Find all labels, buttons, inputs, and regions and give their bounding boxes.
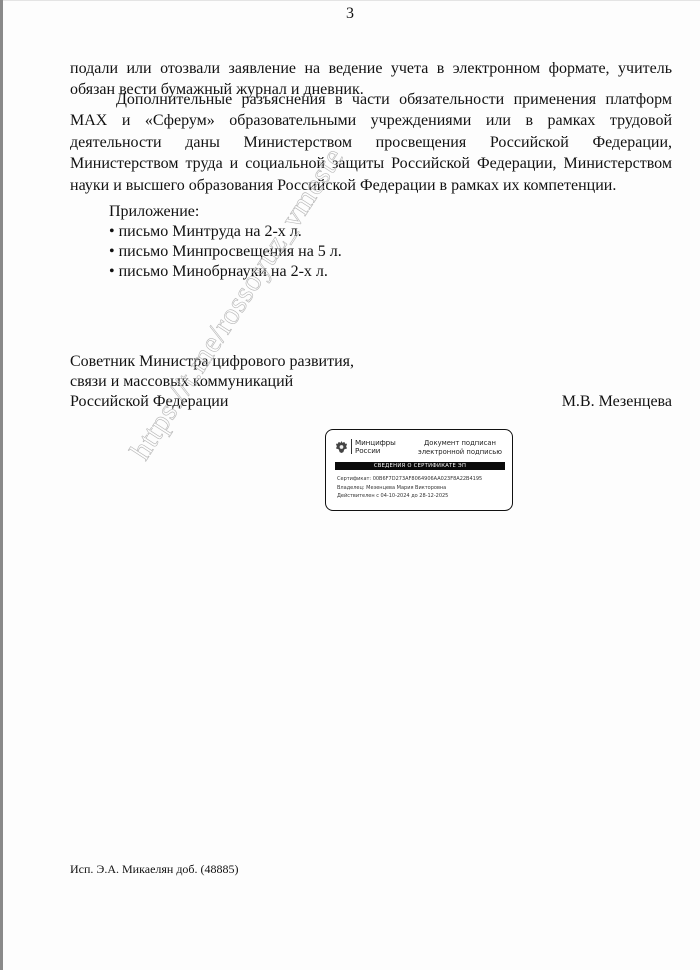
electronic-signature-stamp: Минцифры России Документ подписан электр… [325, 429, 513, 511]
certificate-number: Сертификат: 00B6F7D273AF8064906AA023F8A2… [337, 475, 482, 484]
stamp-title: Документ подписан электронной подписью [410, 439, 510, 456]
page-number: 3 [0, 5, 700, 23]
paragraph-2: Дополнительные разъяснения в части обяза… [70, 89, 672, 196]
signer-name: М.В. Мезенцева [562, 392, 672, 412]
paragraph-2-line: науки и высшего образования Российской Ф… [70, 175, 672, 196]
logo-text: Минцифры России [355, 439, 396, 454]
ministry-logo: Минцифры России [335, 439, 396, 454]
certificate-details: Сертификат: 00B6F7D273AF8064906AA023F8A2… [337, 475, 482, 501]
attachment-item: • письмо Минтруда на 2-х л. [109, 222, 342, 242]
page-top-edge [0, 0, 700, 1]
certificate-owner: Владелец: Мезенцева Мария Викторовна [337, 484, 482, 493]
paragraph-2-line: деятельности даны Министерством просвеще… [70, 132, 672, 153]
logo-line-2: России [355, 447, 396, 455]
attachments-title: Приложение: [109, 202, 342, 222]
executor-note: Исп. Э.А. Микаелян доб. (48885) [70, 862, 239, 877]
attachments-list: Приложение: • письмо Минтруда на 2-х л. … [109, 202, 342, 282]
attachment-item: • письмо Минпросвещения на 5 л. [109, 242, 342, 262]
viewer-left-edge [0, 0, 3, 970]
certificate-banner: СВЕДЕНИЯ О СЕРТИФИКАТЕ ЭП [335, 462, 505, 470]
paragraph-2-line: МАХ и «Сферум» образовательными учрежден… [70, 110, 672, 131]
paragraph-2-line: Дополнительные разъяснения в части обяза… [70, 89, 672, 110]
signer-position-line: связи и массовых коммуникаций [70, 372, 672, 392]
eagle-emblem-icon [335, 440, 348, 454]
stamp-title-line-1: Документ подписан [410, 439, 510, 448]
signer-position-line: Советник Министра цифрового развития, [70, 352, 672, 372]
paragraph-1-line: подали или отозвали заявление на ведение… [70, 58, 672, 79]
logo-divider [351, 439, 352, 454]
paragraph-2-line: Министерством труда и социальной защиты … [70, 153, 672, 174]
stamp-title-line-2: электронной подписью [410, 448, 510, 457]
certificate-validity: Действителен с 04-10-2024 до 28-12-2025 [337, 492, 482, 501]
attachment-item: • письмо Минобрнауки на 2-х л. [109, 262, 342, 282]
signature-block: Советник Министра цифрового развития, св… [70, 352, 672, 412]
